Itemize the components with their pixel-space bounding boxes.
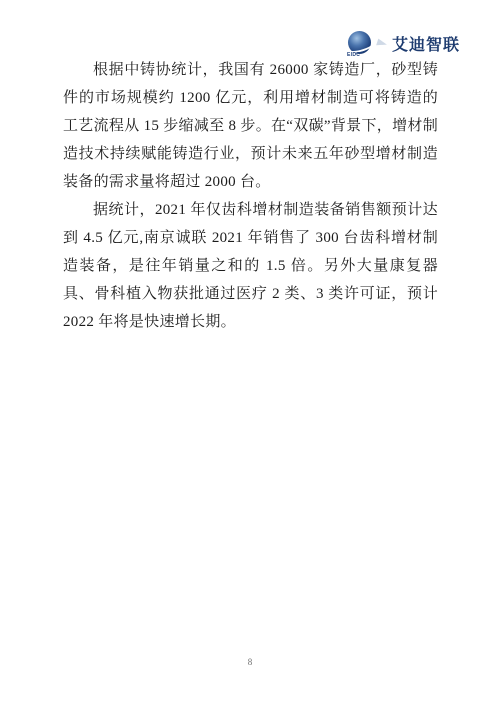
document-body: 根据中铸协统计，我国有 26000 家铸造厂，砂型铸件的市场规模约 1200 亿… <box>63 56 438 336</box>
paragraph-casting-industry: 根据中铸协统计，我国有 26000 家铸造厂，砂型铸件的市场规模约 1200 亿… <box>63 56 438 196</box>
paragraph-dental-medical: 据统计，2021 年仅齿科增材制造装备销售额预计达到 4.5 亿元,南京诚联 2… <box>63 196 438 336</box>
page-number: 8 <box>0 657 500 667</box>
logo: EIDC 艾迪智联 <box>347 28 460 58</box>
logo-brand-name: 艾迪智联 <box>392 32 460 55</box>
eidc-globe-icon: EIDC <box>347 28 375 58</box>
globe-graphic <box>348 31 371 54</box>
document-page: EIDC 艾迪智联 根据中铸协统计，我国有 26000 家铸造厂，砂型铸件的市场… <box>0 0 500 707</box>
logo-swoosh-icon <box>376 38 388 48</box>
